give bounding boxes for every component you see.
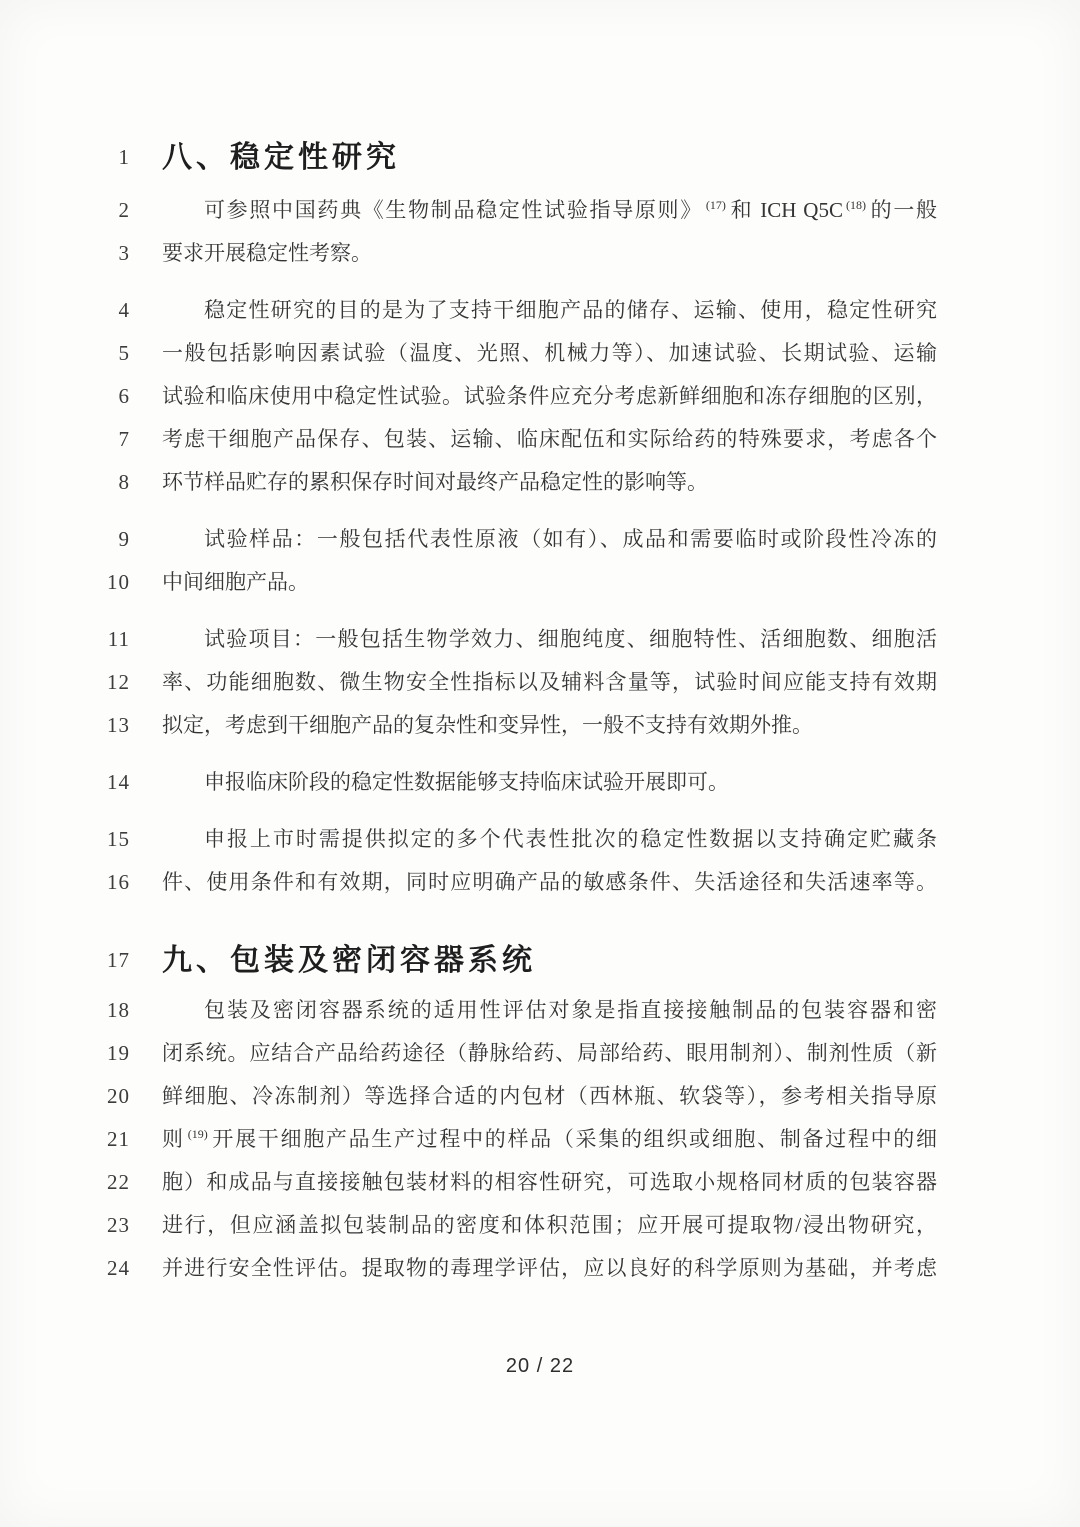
line-number: 6: [0, 375, 130, 418]
line-text: 率、功能细胞数、微生物安全性指标以及辅料含量等，试验时间应能支持有效期: [162, 661, 937, 704]
line-text: 稳定性研究的目的是为了支持干细胞产品的储存、运输、使用，稳定性研究: [162, 289, 937, 332]
section-heading: 17九、包装及密闭容器系统: [0, 939, 1080, 982]
line-number: 13: [0, 704, 130, 747]
line-text: 试验和临床使用中稳定性试验。试验条件应充分考虑新鲜细胞和冻存细胞的区别，: [162, 375, 937, 418]
paragraph: 14申报临床阶段的稳定性数据能够支持临床试验开展即可。: [0, 761, 1080, 804]
doc-line: 16件、使用条件和有效期，同时应明确产品的敏感条件、失活途径和失活速率等。: [0, 861, 1080, 904]
doc-line: 2可参照中国药典《生物制品稳定性试验指导原则》(17)和 ICH Q5C(18)…: [0, 189, 1080, 232]
doc-line: 23进行，但应涵盖拟包装制品的密度和体积范围；应开展可提取物/浸出物研究，: [0, 1204, 1080, 1247]
line-number: 14: [0, 761, 130, 804]
line-number: 18: [0, 989, 130, 1032]
line-number: 9: [0, 518, 130, 561]
line-text: 包装及密闭容器系统的适用性评估对象是指直接接触制品的包装容器和密: [162, 989, 937, 1032]
line-number: 2: [0, 189, 130, 232]
doc-line: 9试验样品：一般包括代表性原液（如有）、成品和需要临时或阶段性冷冻的: [0, 518, 1080, 561]
line-number: 21: [0, 1118, 130, 1161]
doc-line: 6试验和临床使用中稳定性试验。试验条件应充分考虑新鲜细胞和冻存细胞的区别，: [0, 375, 1080, 418]
line-text: 件、使用条件和有效期，同时应明确产品的敏感条件、失活途径和失活速率等。: [162, 861, 937, 904]
line-text: 申报临床阶段的稳定性数据能够支持临床试验开展即可。: [162, 761, 937, 804]
citation-superscript: (19): [188, 1127, 208, 1141]
line-number: 20: [0, 1075, 130, 1118]
doc-line: 12率、功能细胞数、微生物安全性指标以及辅料含量等，试验时间应能支持有效期: [0, 661, 1080, 704]
line-number: 1: [0, 136, 130, 179]
line-number: 24: [0, 1247, 130, 1290]
line-text: 试验样品：一般包括代表性原液（如有）、成品和需要临时或阶段性冷冻的: [162, 518, 937, 561]
doc-line: 13拟定，考虑到干细胞产品的复杂性和变异性，一般不支持有效期外推。: [0, 704, 1080, 747]
line-text: 则(19)开展干细胞产品生产过程中的样品（采集的组织或细胞、制备过程中的细: [162, 1118, 937, 1161]
line-text: 考虑干细胞产品保存、包装、运输、临床配伍和实际给药的特殊要求，考虑各个: [162, 418, 937, 461]
line-number: 5: [0, 332, 130, 375]
line-text: 拟定，考虑到干细胞产品的复杂性和变异性，一般不支持有效期外推。: [162, 704, 937, 747]
line-text: 九、包装及密闭容器系统: [162, 939, 937, 982]
section-heading: 1八、稳定性研究: [0, 136, 1080, 179]
page-number-footer: 20 / 22: [0, 1355, 1080, 1378]
line-text: 鲜细胞、冷冻制剂）等选择合适的内包材（西林瓶、软袋等），参考相关指导原: [162, 1075, 937, 1118]
citation-superscript: (18): [846, 198, 866, 212]
doc-line: 22胞）和成品与直接接触包装材料的相容性研究，可选取小规格同材质的包装容器: [0, 1161, 1080, 1204]
doc-line: 7考虑干细胞产品保存、包装、运输、临床配伍和实际给药的特殊要求，考虑各个: [0, 418, 1080, 461]
line-text: 并进行安全性评估。提取物的毒理学评估，应以良好的科学原则为基础，并考虑: [162, 1247, 937, 1290]
document-page: 1八、稳定性研究2可参照中国药典《生物制品稳定性试验指导原则》(17)和 ICH…: [0, 0, 1080, 1527]
doc-line: 8环节样品贮存的累积保存时间对最终产品稳定性的影响等。: [0, 461, 1080, 504]
paragraph: 2可参照中国药典《生物制品稳定性试验指导原则》(17)和 ICH Q5C(18)…: [0, 189, 1080, 275]
document-body: 1八、稳定性研究2可参照中国药典《生物制品稳定性试验指导原则》(17)和 ICH…: [0, 0, 1080, 1290]
paragraph: 11试验项目：一般包括生物学效力、细胞纯度、细胞特性、活细胞数、细胞活12率、功…: [0, 618, 1080, 747]
doc-line: 5一般包括影响因素试验（温度、光照、机械力等）、加速试验、长期试验、运输: [0, 332, 1080, 375]
doc-line: 18包装及密闭容器系统的适用性评估对象是指直接接触制品的包装容器和密: [0, 989, 1080, 1032]
paragraph: 4稳定性研究的目的是为了支持干细胞产品的储存、运输、使用，稳定性研究5一般包括影…: [0, 289, 1080, 504]
line-text: 试验项目：一般包括生物学效力、细胞纯度、细胞特性、活细胞数、细胞活: [162, 618, 937, 661]
line-number: 8: [0, 461, 130, 504]
doc-line: 24并进行安全性评估。提取物的毒理学评估，应以良好的科学原则为基础，并考虑: [0, 1247, 1080, 1290]
line-number: 12: [0, 661, 130, 704]
doc-line: 17九、包装及密闭容器系统: [0, 939, 1080, 982]
doc-line: 10中间细胞产品。: [0, 561, 1080, 604]
line-number: 19: [0, 1032, 130, 1075]
doc-line: 14申报临床阶段的稳定性数据能够支持临床试验开展即可。: [0, 761, 1080, 804]
line-text: 可参照中国药典《生物制品稳定性试验指导原则》(17)和 ICH Q5C(18)的…: [162, 189, 937, 232]
line-number: 22: [0, 1161, 130, 1204]
line-number: 7: [0, 418, 130, 461]
paragraph: 15申报上市时需提供拟定的多个代表性批次的稳定性数据以支持确定贮藏条16件、使用…: [0, 818, 1080, 904]
paragraph: 18包装及密闭容器系统的适用性评估对象是指直接接触制品的包装容器和密19闭系统。…: [0, 989, 1080, 1290]
line-text: 闭系统。应结合产品给药途径（静脉给药、局部给药、眼用制剂）、制剂性质（新: [162, 1032, 937, 1075]
line-number: 3: [0, 232, 130, 275]
line-number: 16: [0, 861, 130, 904]
line-text: 八、稳定性研究: [162, 136, 937, 179]
citation-superscript: (17): [706, 198, 726, 212]
line-number: 10: [0, 561, 130, 604]
line-number: 15: [0, 818, 130, 861]
line-text: 申报上市时需提供拟定的多个代表性批次的稳定性数据以支持确定贮藏条: [162, 818, 937, 861]
doc-line: 1八、稳定性研究: [0, 136, 1080, 179]
doc-line: 19闭系统。应结合产品给药途径（静脉给药、局部给药、眼用制剂）、制剂性质（新: [0, 1032, 1080, 1075]
line-text: 要求开展稳定性考察。: [162, 232, 937, 275]
doc-line: 21则(19)开展干细胞产品生产过程中的样品（采集的组织或细胞、制备过程中的细: [0, 1118, 1080, 1161]
line-text: 中间细胞产品。: [162, 561, 937, 604]
line-number: 4: [0, 289, 130, 332]
line-number: 17: [0, 939, 130, 982]
line-text: 进行，但应涵盖拟包装制品的密度和体积范围；应开展可提取物/浸出物研究，: [162, 1204, 937, 1247]
doc-line: 11试验项目：一般包括生物学效力、细胞纯度、细胞特性、活细胞数、细胞活: [0, 618, 1080, 661]
line-text: 胞）和成品与直接接触包装材料的相容性研究，可选取小规格同材质的包装容器: [162, 1161, 937, 1204]
line-text: 一般包括影响因素试验（温度、光照、机械力等）、加速试验、长期试验、运输: [162, 332, 937, 375]
line-text: 环节样品贮存的累积保存时间对最终产品稳定性的影响等。: [162, 461, 937, 504]
paragraph: 9试验样品：一般包括代表性原液（如有）、成品和需要临时或阶段性冷冻的10中间细胞…: [0, 518, 1080, 604]
doc-line: 4稳定性研究的目的是为了支持干细胞产品的储存、运输、使用，稳定性研究: [0, 289, 1080, 332]
doc-line: 20鲜细胞、冷冻制剂）等选择合适的内包材（西林瓶、软袋等），参考相关指导原: [0, 1075, 1080, 1118]
line-number: 11: [0, 618, 130, 661]
doc-line: 15申报上市时需提供拟定的多个代表性批次的稳定性数据以支持确定贮藏条: [0, 818, 1080, 861]
line-number: 23: [0, 1204, 130, 1247]
doc-line: 3要求开展稳定性考察。: [0, 232, 1080, 275]
